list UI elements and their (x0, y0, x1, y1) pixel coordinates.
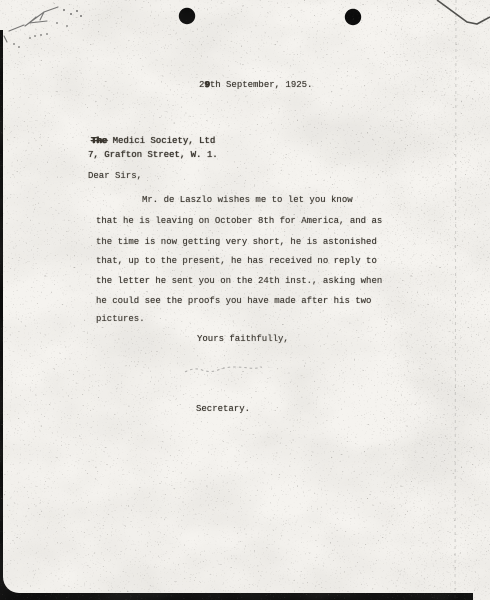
body-line: that he is leaving on October 8th for Am… (96, 216, 382, 227)
recipient-name-overstruck-word: The (91, 136, 107, 146)
body-line: pictures. (96, 314, 145, 325)
recipient-address: 7, Grafton Street, W. 1. (88, 150, 218, 161)
body-line: the time is now getting very short, he i… (96, 237, 377, 248)
recipient-name-rest: Medici Society, Ltd (107, 136, 215, 146)
body-line: Mr. de Laszlo wishes me to let you know (142, 195, 353, 206)
recipient-name: The Medici Society, Ltd (91, 136, 215, 147)
date-rest: th September, 1925. (210, 80, 313, 90)
signer-title: Secretary. (196, 404, 250, 415)
body-line: that, up to the present, he has received… (96, 256, 377, 267)
date-line: 29th September, 1925. (199, 80, 312, 91)
salutation: Dear Sirs, (88, 171, 142, 182)
scanned-letter-page: 29th September, 1925. The Medici Society… (0, 0, 490, 600)
letter-content: 29th September, 1925. The Medici Society… (0, 0, 490, 600)
closing: Yours faithfully, (197, 334, 289, 345)
body-line: the letter he sent you on the 24th inst.… (96, 276, 382, 287)
body-line: he could see the proofs you have made af… (96, 296, 371, 307)
